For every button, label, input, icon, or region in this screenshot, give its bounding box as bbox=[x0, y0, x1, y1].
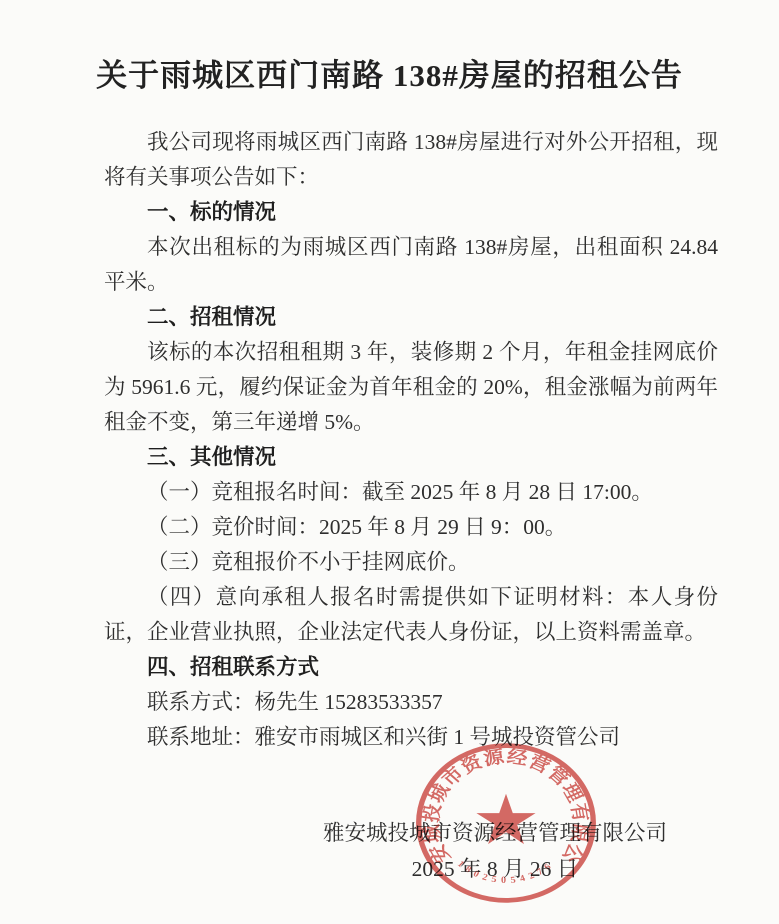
section-4-heading: 四、招租联系方式 bbox=[104, 650, 718, 685]
section-1-paragraph: 本次出租标的为雨城区西门南路 138#房屋，出租面积 24.84 平米。 bbox=[104, 230, 718, 300]
signature-block: 雅安城投城市资源经营管理有限公司 2025 年 8 月 26 日 bbox=[323, 815, 667, 887]
signature-company: 雅安城投城市资源经营管理有限公司 bbox=[323, 815, 667, 851]
contact-phone-line: 联系方式：杨先生 15283533357 bbox=[104, 685, 718, 720]
page-title: 关于雨城区西门南路 138#房屋的招租公告 bbox=[0, 0, 779, 95]
signature-date: 2025 年 8 月 26 日 bbox=[323, 851, 667, 887]
section-2-paragraph: 该标的本次招租租期 3 年，装修期 2 个月，年租金挂网底价为 5961.6 元… bbox=[104, 335, 718, 440]
section-3-item-2: （二）竞价时间：2025 年 8 月 29 日 9：00。 bbox=[104, 510, 718, 545]
section-2-heading: 二、招租情况 bbox=[104, 300, 718, 335]
document-page: 关于雨城区西门南路 138#房屋的招租公告 我公司现将雨城区西门南路 138#房… bbox=[0, 0, 779, 924]
section-3-item-1: （一）竞租报名时间：截至 2025 年 8 月 28 日 17:00。 bbox=[104, 475, 718, 510]
contact-address-line: 联系地址：雅安市雨城区和兴街 1 号城投资管公司 bbox=[104, 720, 718, 755]
section-3-item-4: （四）意向承租人报名时需提供如下证明材料：本人身份证，企业营业执照，企业法定代表… bbox=[104, 580, 718, 650]
document-body: 我公司现将雨城区西门南路 138#房屋进行对外公开招租，现将有关事项公告如下： … bbox=[104, 125, 718, 755]
section-3-heading: 三、其他情况 bbox=[104, 440, 718, 475]
section-1-heading: 一、标的情况 bbox=[104, 195, 718, 230]
section-3-item-3: （三）竞租报价不小于挂网底价。 bbox=[104, 545, 718, 580]
intro-paragraph: 我公司现将雨城区西门南路 138#房屋进行对外公开招租，现将有关事项公告如下： bbox=[104, 125, 718, 195]
